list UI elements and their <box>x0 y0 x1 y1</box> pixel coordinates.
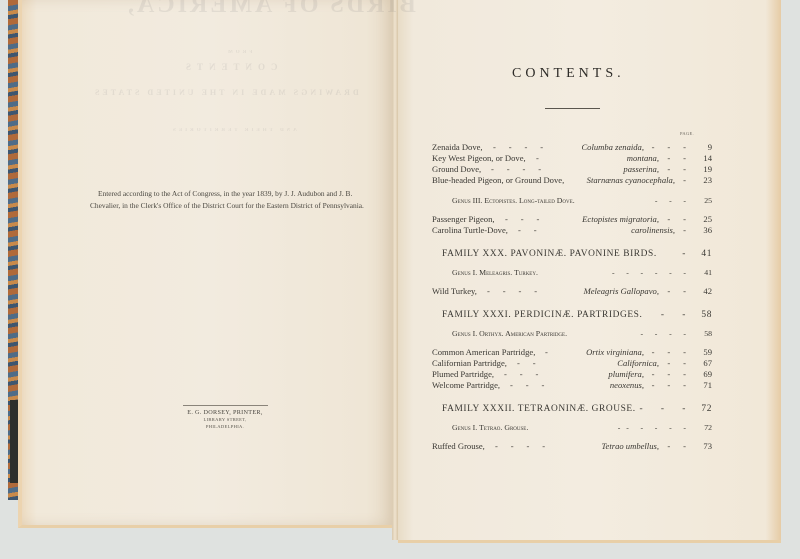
page-number: 36 <box>692 225 712 235</box>
genus-heading: Genus I. Tetrao. Grouse.- - - - - -72 <box>432 423 712 435</box>
common-name: Welcome Partridge, <box>432 380 500 390</box>
leader-dashes: - - - <box>510 380 544 390</box>
printer-name: E. G. DORSEY, PRINTER, <box>180 409 270 416</box>
page-number: 14 <box>692 153 712 163</box>
bleed-through-line: AND THEIR TERRITORIES <box>170 128 297 133</box>
page-number: 59 <box>692 347 712 357</box>
leader-dashes: - - - - <box>495 441 545 451</box>
latin-name: Ortix virginiana, <box>586 347 644 357</box>
leader-dashes: - - - - <box>641 329 686 338</box>
bleed-through-line: CONTENTS <box>180 62 278 72</box>
title-rule <box>545 108 600 109</box>
leader-dashes: - - - <box>655 196 686 205</box>
common-name: Ground Dove, <box>432 164 481 174</box>
leader-dashes: - - <box>661 310 686 320</box>
page-number: 19 <box>692 164 712 174</box>
species-entry: Wild Turkey,- - - -Meleagris Gallopavo,-… <box>432 286 712 298</box>
bleed-through-line: FROM <box>225 50 252 55</box>
leader-dashes: - - - - <box>487 286 537 296</box>
page-number: 25 <box>692 214 712 224</box>
common-name: Carolina Turtle-Dove, <box>432 225 508 235</box>
imprint-rule <box>183 405 268 406</box>
page-number: 41 <box>692 249 712 259</box>
page-number: 58 <box>692 329 712 338</box>
common-name: Passenger Pigeon, <box>432 214 495 224</box>
leader-dashes: - - - <box>504 369 538 379</box>
leader-dashes: - - - - <box>491 164 541 174</box>
copyright-notice: Entered according to the Act of Congress… <box>90 188 380 212</box>
leader-dashes: - <box>683 175 686 185</box>
leader-dashes: - - <box>667 153 686 163</box>
species-entry: Carolina Turtle-Dove,- -carolinensis,-36 <box>432 225 712 237</box>
leader-dashes: - - <box>667 358 686 368</box>
latin-name: montana, <box>627 153 659 163</box>
common-name: Zenaida Dove, <box>432 142 483 152</box>
leader-dashes: - - <box>667 214 686 224</box>
common-name: Blue-headed Pigeon, or Ground Dove, <box>432 175 564 185</box>
leader-dashes: - - - <box>652 142 686 152</box>
heading-text: FAMILY XXXII. TETRAONINÆ. GROUSE. <box>442 404 636 414</box>
leader-dashes: - - <box>517 358 536 368</box>
family-heading: FAMILY XXXII. TETRAONINÆ. GROUSE.- - -72 <box>432 404 712 416</box>
leader-dashes: - <box>536 153 539 163</box>
copyright-line: Chevalier, in the Clerk's Office of the … <box>90 200 380 212</box>
leader-dashes: - - - <box>652 347 686 357</box>
page-number: 23 <box>692 175 712 185</box>
latin-name: neoxenus, <box>610 380 644 390</box>
heading-text: FAMILY XXX. PAVONINÆ. PAVONINE BIRDS. <box>442 249 657 259</box>
leader-dashes: - - <box>667 286 686 296</box>
page-number: 71 <box>692 380 712 390</box>
latin-name: plumifera, <box>608 369 644 379</box>
page-number: 72 <box>692 423 712 432</box>
page-column-label: PAGE. <box>680 131 694 136</box>
latin-name: passerina, <box>623 164 659 174</box>
left-page <box>18 0 396 528</box>
latin-name: Californica, <box>617 358 659 368</box>
genus-heading: Genus I. Meleagris. Turkey.- - - - - -41 <box>432 268 712 280</box>
latin-name: Tetrao umbellus, <box>602 441 659 451</box>
heading-text: FAMILY XXXI. PERDICINÆ. PARTRIDGES. <box>442 310 642 320</box>
common-name: Plumed Partridge, <box>432 369 494 379</box>
printer-imprint: E. G. DORSEY, PRINTER, LIBRARY STREET, P… <box>180 405 270 430</box>
leader-dashes: - <box>682 249 686 259</box>
leader-dashes: - - - <box>652 380 686 390</box>
printer-street: LIBRARY STREET, <box>180 416 270 423</box>
heading-text: Genus I. Orthyx. American Partridge. <box>452 329 567 338</box>
latin-name: Ectopistes migratoria, <box>582 214 659 224</box>
heading-text: Genus I. Tetrao. Grouse. <box>452 423 528 432</box>
contents-title: CONTENTS. <box>512 66 625 82</box>
common-name: Californian Partridge, <box>432 358 507 368</box>
common-name: Wild Turkey, <box>432 286 477 296</box>
leader-dashes: - <box>683 225 686 235</box>
page-number: 25 <box>692 196 712 205</box>
common-name: Key West Pigeon, or Dove, <box>432 153 526 163</box>
latin-name: Columba zenaida, <box>581 142 644 152</box>
page-number: 72 <box>692 404 712 414</box>
heading-text: Genus III. Ectopistes. Long-tailed Dove. <box>452 196 575 205</box>
genus-heading: Genus I. Orthyx. American Partridge.- - … <box>432 329 712 341</box>
latin-name: Starnænas cyanocephala, <box>587 175 675 185</box>
species-entry: Blue-headed Pigeon, or Ground Dove,Starn… <box>432 175 712 187</box>
page-number: 69 <box>692 369 712 379</box>
copyright-line: Entered according to the Act of Congress… <box>90 188 380 200</box>
bleed-through-title: BIRDS OF AMERICA, <box>125 0 416 19</box>
leader-dashes: - - - - - - <box>612 268 686 277</box>
leader-dashes: - - - - - - <box>618 423 686 432</box>
family-heading: FAMILY XXX. PAVONINÆ. PAVONINE BIRDS.-41 <box>432 249 712 261</box>
leader-dashes: - - <box>667 441 686 451</box>
family-heading: FAMILY XXXI. PERDICINÆ. PARTRIDGES.- -58 <box>432 310 712 322</box>
common-name: Common American Partridge, <box>432 347 535 357</box>
page-number: 9 <box>692 142 712 152</box>
latin-name: Meleagris Gallopavo, <box>584 286 659 296</box>
leader-dashes: - - <box>518 225 537 235</box>
page-number: 67 <box>692 358 712 368</box>
leader-dashes: - - - <box>640 404 687 414</box>
leader-dashes: - - - <box>505 214 539 224</box>
species-entry: Ruffed Grouse,- - - -Tetrao umbellus,- -… <box>432 441 712 453</box>
genus-heading: Genus III. Ectopistes. Long-tailed Dove.… <box>432 196 712 208</box>
page-number: 42 <box>692 286 712 296</box>
latin-name: carolinensis, <box>631 225 675 235</box>
page-number: 73 <box>692 441 712 451</box>
leader-dashes: - - - <box>652 369 686 379</box>
page-number: 58 <box>692 310 712 320</box>
species-entry: Welcome Partridge,- - -neoxenus,- - -71 <box>432 380 712 392</box>
bleed-through-line: DRAWINGS MADE IN THE UNITED STATES <box>92 88 359 97</box>
leader-dashes: - <box>545 347 548 357</box>
common-name: Ruffed Grouse, <box>432 441 485 451</box>
leader-dashes: - - - - <box>493 142 543 152</box>
leader-dashes: - - <box>667 164 686 174</box>
heading-text: Genus I. Meleagris. Turkey. <box>452 268 538 277</box>
printer-city: PHILADELPHIA. <box>180 423 270 430</box>
page-number: 41 <box>692 268 712 277</box>
